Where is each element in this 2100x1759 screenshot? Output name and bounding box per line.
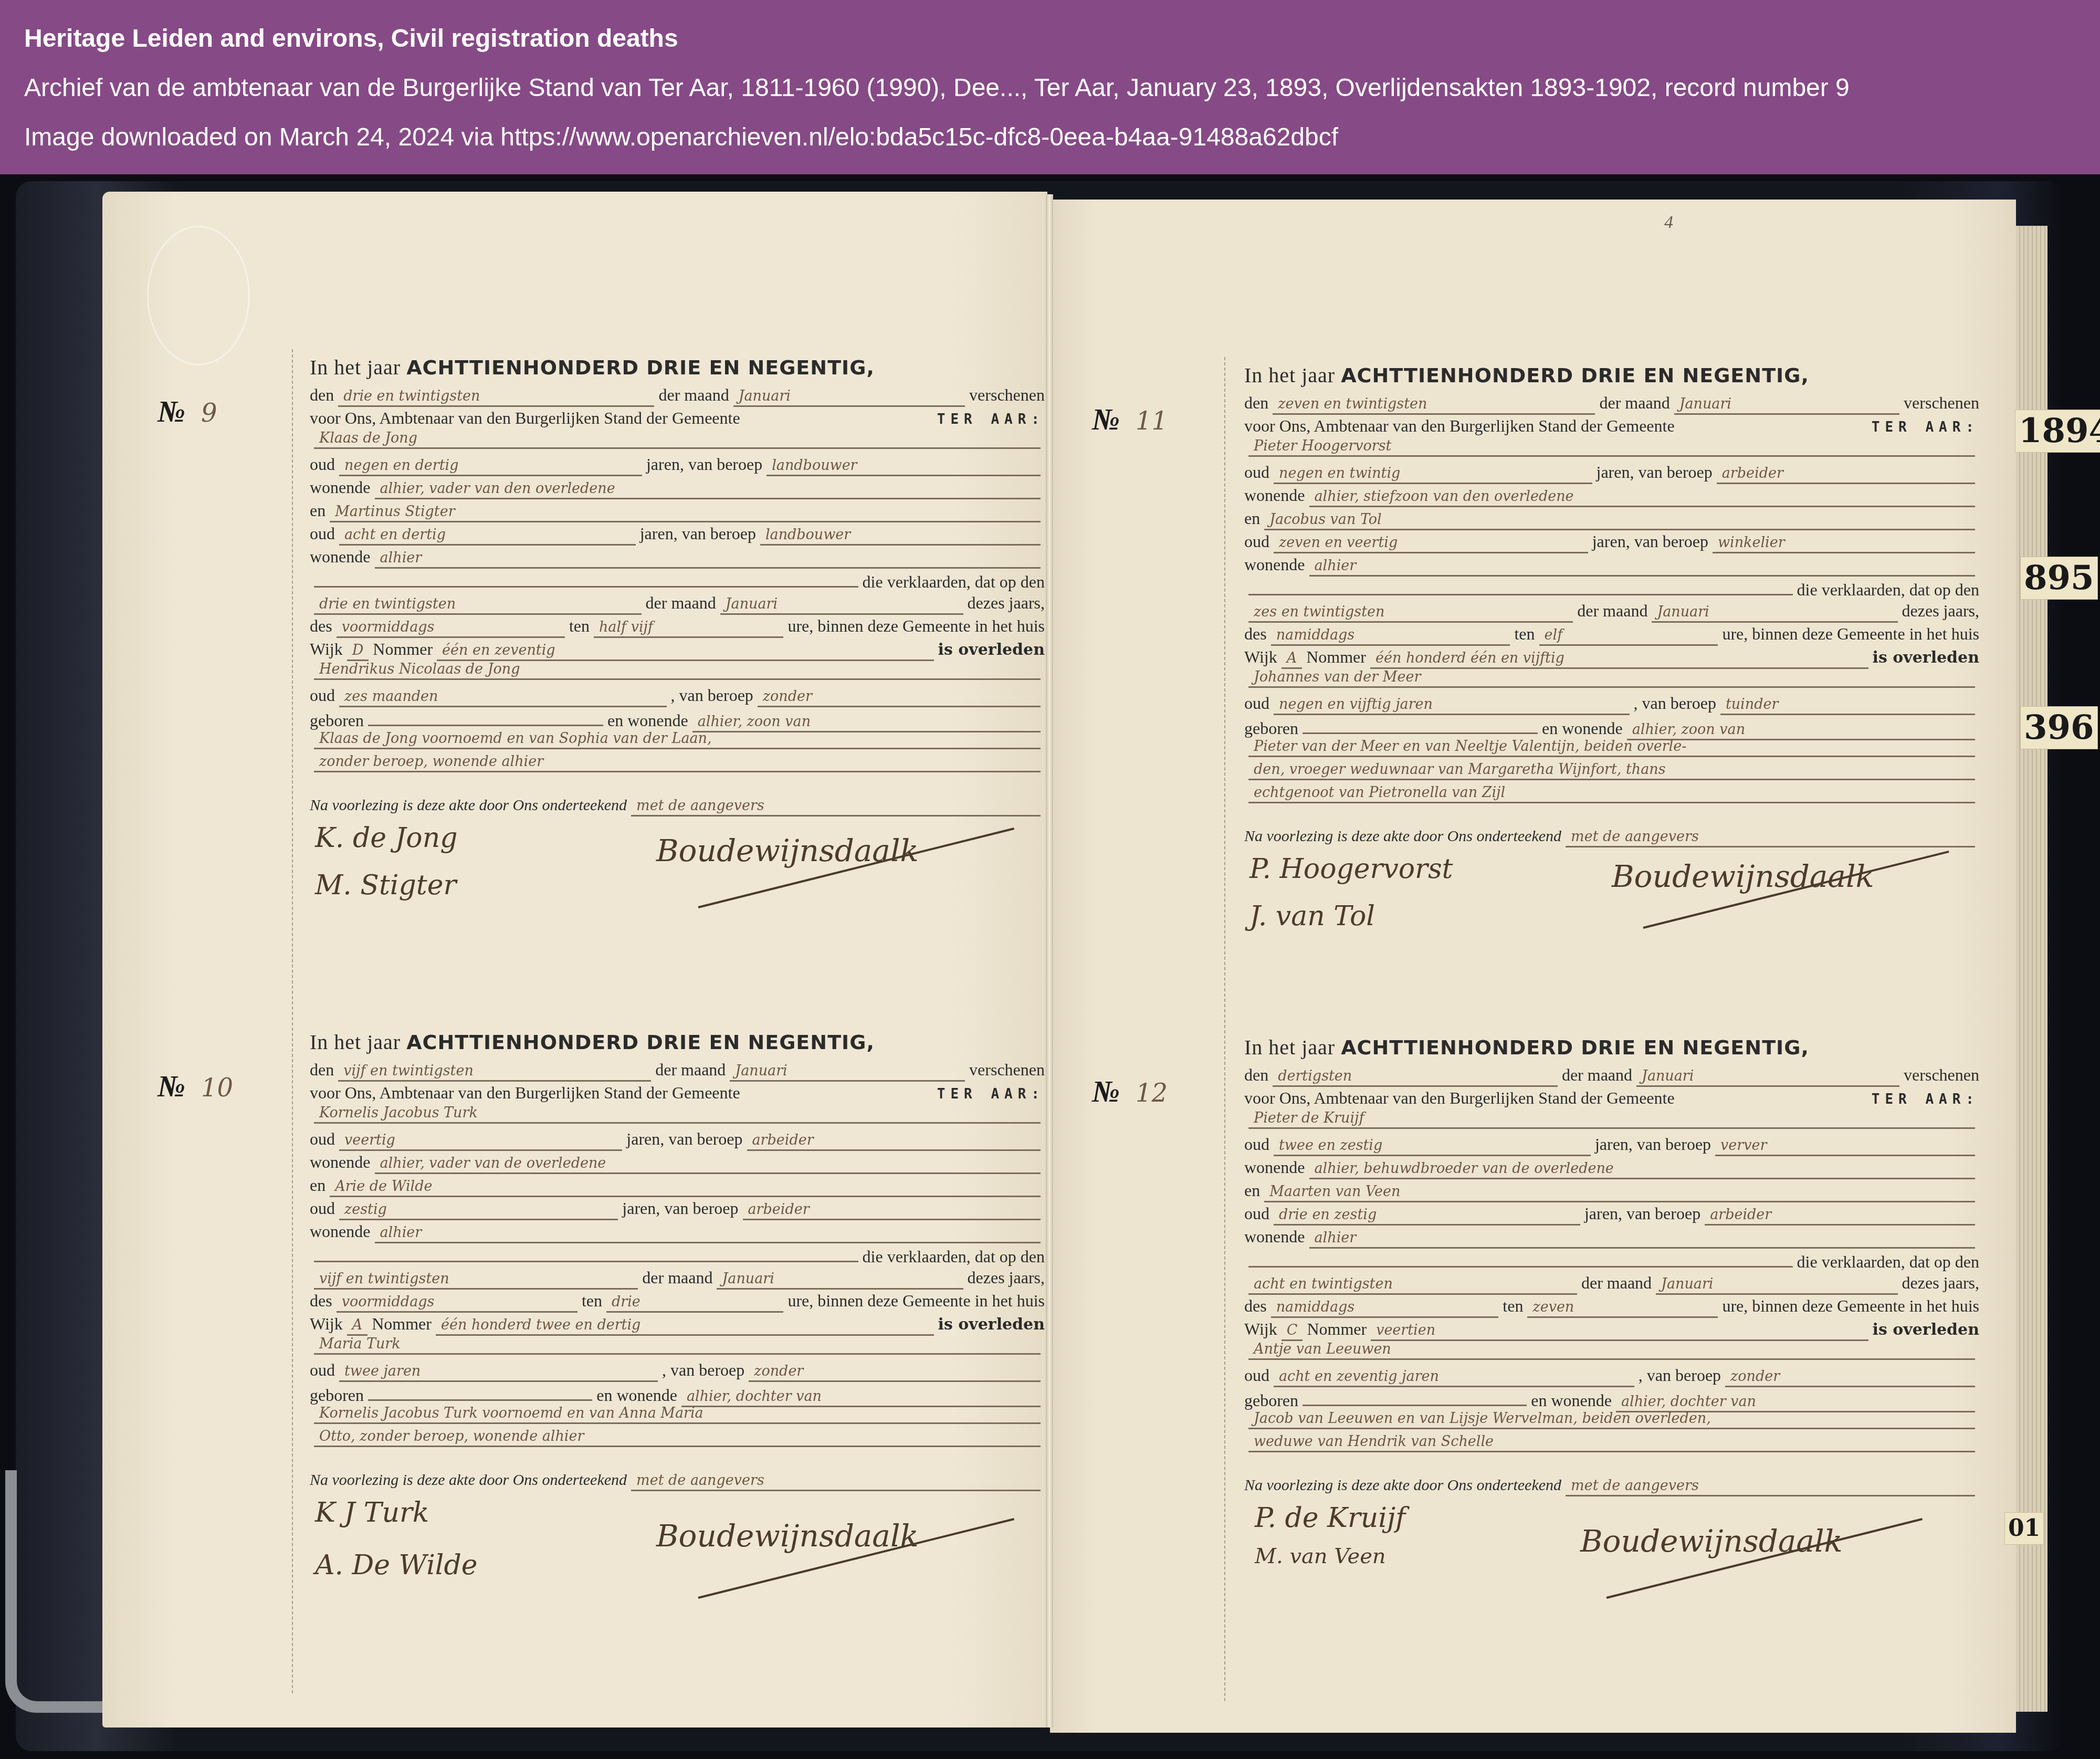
birthplace	[368, 1381, 592, 1401]
signature-declarant2: M. van Veen	[1255, 1544, 1386, 1568]
signature-declarant1: P. de Kruijf	[1255, 1502, 1405, 1534]
declarant2-age: zeven en veertig	[1274, 534, 1588, 553]
declarant2-residence: alhier	[1309, 557, 1975, 577]
record-description: Archief van de ambtenaar van de Burgerli…	[24, 74, 1850, 102]
declarant1-residence: alhier, stiefzoon van den overledene	[1309, 488, 1975, 507]
signed-note: met de aangevers	[631, 1472, 1041, 1491]
right-margin-line	[1224, 357, 1225, 1701]
registration-day: dertigsten	[1273, 1067, 1558, 1087]
year-heading: In het jaar ACHTTIENHONDERD DRIE EN NEGE…	[1244, 360, 1979, 391]
declarant2-name: Jacobus van Tol	[1264, 511, 1975, 530]
year-tab-1901[interactable]: 01	[2004, 1512, 2044, 1545]
year-tab-1895[interactable]: 895	[2020, 557, 2098, 600]
declarant1-age: twee en zestig	[1274, 1137, 1591, 1156]
wijk: A	[1282, 650, 1303, 669]
year-tab-1896[interactable]: 396	[2020, 706, 2098, 749]
part-of-day: voormiddags	[337, 619, 565, 638]
declarant1-residence: alhier, behuwdbroeder van de overledene	[1309, 1160, 1975, 1179]
record-number: №10	[157, 1069, 233, 1104]
part-of-day: namiddags	[1271, 626, 1510, 646]
year-heading: In het jaar ACHTTIENHONDERD DRIE EN NEGE…	[310, 1027, 1045, 1058]
declarant2-residence: alhier	[375, 549, 1041, 569]
deceased-occupation: zonder	[749, 1363, 1041, 1382]
house-number: één en zeventig	[437, 642, 933, 661]
wijk: C	[1282, 1322, 1303, 1341]
parents-line: Kornelis Jacobus Turk voornoemd en van A…	[314, 1405, 1041, 1424]
signature-declarant1: K. de Jong	[315, 822, 457, 854]
record-form: In het jaar ACHTTIENHONDERD DRIE EN NEGE…	[1244, 1032, 1979, 1613]
record-form: In het jaar ACHTTIENHONDERD DRIE EN NEGE…	[1244, 360, 1979, 964]
signature-declarant2: M. Stigter	[315, 870, 456, 901]
registration-day: vijf en twintigsten	[338, 1062, 651, 1082]
declarant1-age: negen en dertig	[339, 457, 642, 476]
deceased-occupation: zonder	[758, 688, 1041, 707]
collection-title: Heritage Leiden and environs, Civil regi…	[24, 24, 678, 53]
declarant2-occupation: landbouwer	[760, 526, 1041, 546]
declarant1-age: negen en twintig	[1274, 465, 1592, 484]
year-heading: In het jaar ACHTTIENHONDERD DRIE EN NEGE…	[1244, 1032, 1979, 1063]
declarant2-residence: alhier	[1309, 1229, 1975, 1249]
parents-line: Pieter van der Meer en van Neeltje Valen…	[1248, 738, 1975, 757]
declarant1-residence: alhier, vader van de overledene	[375, 1155, 1041, 1174]
signatures: K. de Jong M. Stigter Boudewijnsdaalk	[310, 817, 1045, 933]
signatures: P. de Kruijf M. van Veen Boudewijnsdaalk	[1244, 1497, 1979, 1613]
deceased-name: Antje van Leeuwen	[1248, 1341, 1975, 1360]
part-of-day: namiddags	[1271, 1299, 1499, 1318]
parents-line: weduwe van Hendrik van Schelle	[1248, 1433, 1975, 1452]
declarant1-name: Kornelis Jacobus Turk	[314, 1104, 1041, 1124]
deceased-name: Maria Turk	[314, 1335, 1041, 1355]
death-day: drie en twintigsten	[314, 595, 642, 615]
declarant1-age: veertig	[339, 1132, 622, 1151]
page-number: 4	[1664, 213, 1673, 233]
birthplace	[1303, 1387, 1527, 1406]
signed-note: met de aangevers	[631, 797, 1041, 816]
death-hour: half vijf	[594, 619, 783, 638]
archive-header: Heritage Leiden and environs, Civil regi…	[0, 0, 2100, 174]
declarant1-occupation: verver	[1715, 1137, 1975, 1156]
part-of-day: voormiddags	[337, 1293, 577, 1313]
parents-line: den, vroeger weduwnaar van Margaretha Wi…	[1248, 761, 1975, 780]
declarant1-occupation: arbeider	[1717, 465, 1975, 484]
deceased-name: Hendrikus Nicolaas de Jong	[314, 661, 1041, 680]
record-form: In het jaar ACHTTIENHONDERD DRIE EN NEGE…	[310, 352, 1045, 933]
book-gutter	[1046, 194, 1053, 1727]
declarant1-name: Pieter Hoogervorst	[1248, 437, 1975, 457]
parents-line: zonder beroep, wonende alhier	[314, 753, 1041, 772]
death-hour: elf	[1539, 626, 1718, 646]
death-month: Januari	[717, 1270, 963, 1290]
deceased-age: acht en zeventig jaren	[1274, 1368, 1634, 1387]
declarant2-name: Martinus Stigter	[330, 503, 1041, 522]
signature-official: Boudewijnsdaalk	[656, 1518, 919, 1554]
record-form: In het jaar ACHTTIENHONDERD DRIE EN NEGE…	[310, 1027, 1045, 1607]
parents-line: echtgenoot van Pietronella van Zijl	[1248, 784, 1975, 803]
death-month: Januari	[1652, 603, 1897, 623]
declarant1-name: Pieter de Kruijf	[1248, 1109, 1975, 1129]
record-number: №9	[157, 394, 217, 429]
signature-official: Boudewijnsdaalk	[1612, 858, 1874, 894]
house-number: veertien	[1371, 1322, 1868, 1341]
parents-line: Otto, zonder beroep, wonende alhier	[314, 1428, 1041, 1447]
declarant2-name: Maarten van Veen	[1264, 1183, 1975, 1202]
deceased-name: Johannes van der Meer	[1248, 668, 1975, 688]
declarant1-name: Klaas de Jong	[314, 430, 1041, 449]
death-day: acht en twintigsten	[1248, 1275, 1577, 1295]
birthplace	[1303, 715, 1538, 734]
declarant2-age: zestig	[339, 1201, 618, 1220]
registration-month: Januari	[733, 388, 965, 407]
registration-day: zeven en twintigsten	[1273, 395, 1595, 415]
signatures: K J Turk A. De Wilde Boudewijnsdaalk	[310, 1492, 1045, 1607]
house-number: één honderd één en vijftig	[1370, 650, 1868, 669]
birthplace	[368, 707, 603, 726]
declarant2-name: Arie de Wilde	[330, 1178, 1041, 1197]
death-day: zes en twintigsten	[1248, 603, 1573, 623]
wijk: D	[347, 642, 369, 661]
registration-month: Januari	[1636, 1067, 1899, 1087]
parents-line: Klaas de Jong voornoemd en van Sophia va…	[314, 730, 1041, 749]
signature-declarant1: P. Hoogervorst	[1249, 853, 1453, 885]
declarant2-residence: alhier	[375, 1224, 1041, 1243]
year-tab-1894[interactable]: 1894	[2015, 410, 2100, 453]
signature-declarant1: K J Turk	[315, 1497, 429, 1528]
deceased-age: negen en vijftig jaren	[1274, 696, 1630, 715]
declarant1-occupation: arbeider	[747, 1132, 1041, 1151]
signatures: P. Hoogervorst J. van Tol Boudewijnsdaal…	[1244, 848, 1979, 964]
declarant2-occupation: arbeider	[743, 1201, 1041, 1220]
declarant1-residence: alhier, vader van den overledene	[375, 480, 1041, 499]
record-number: №11	[1092, 402, 1168, 437]
record-number: №12	[1092, 1074, 1168, 1109]
declarant2-occupation: winkelier	[1713, 534, 1975, 553]
wijk: A	[347, 1316, 368, 1336]
death-day: vijf en twintigsten	[314, 1270, 638, 1290]
death-month: Januari	[1656, 1275, 1897, 1295]
year-heading: In het jaar ACHTTIENHONDERD DRIE EN NEGE…	[310, 352, 1045, 383]
declarant2-age: drie en zestig	[1274, 1206, 1580, 1226]
death-hour: zeven	[1527, 1299, 1718, 1318]
deceased-age: twee jaren	[339, 1363, 658, 1382]
registration-month: Januari	[730, 1062, 965, 1082]
deceased-age: zes maanden	[339, 688, 667, 707]
registration-day: drie en twintigsten	[338, 388, 654, 407]
house-number: één honderd twee en dertig	[436, 1316, 934, 1336]
download-source: Image downloaded on March 24, 2024 via h…	[24, 123, 1338, 152]
death-hour: drie	[606, 1293, 783, 1313]
signature-declarant2: A. De Wilde	[315, 1549, 477, 1581]
metal-corner-clasp-left	[5, 1470, 111, 1713]
parents-line: Jacob van Leeuwen en van Lijsje Wervelma…	[1248, 1410, 1975, 1429]
signature-official: Boudewijnsdaalk	[1580, 1523, 1843, 1559]
declarant2-occupation: arbeider	[1705, 1206, 1975, 1226]
signed-note: met de aangevers	[1566, 828, 1975, 847]
deceased-occupation: zonder	[1725, 1368, 1975, 1387]
declarant2-age: acht en dertig	[339, 526, 636, 546]
registration-month: Januari	[1674, 395, 1899, 415]
signature-declarant2: J. van Tol	[1249, 901, 1375, 932]
death-month: Januari	[720, 595, 963, 615]
left-margin-line	[292, 349, 293, 1693]
signed-note: met de aangevers	[1566, 1477, 1975, 1496]
deceased-occupation: tuinder	[1720, 696, 1975, 715]
declarant1-occupation: landbouwer	[766, 457, 1041, 476]
embossed-seal-icon	[147, 226, 250, 365]
